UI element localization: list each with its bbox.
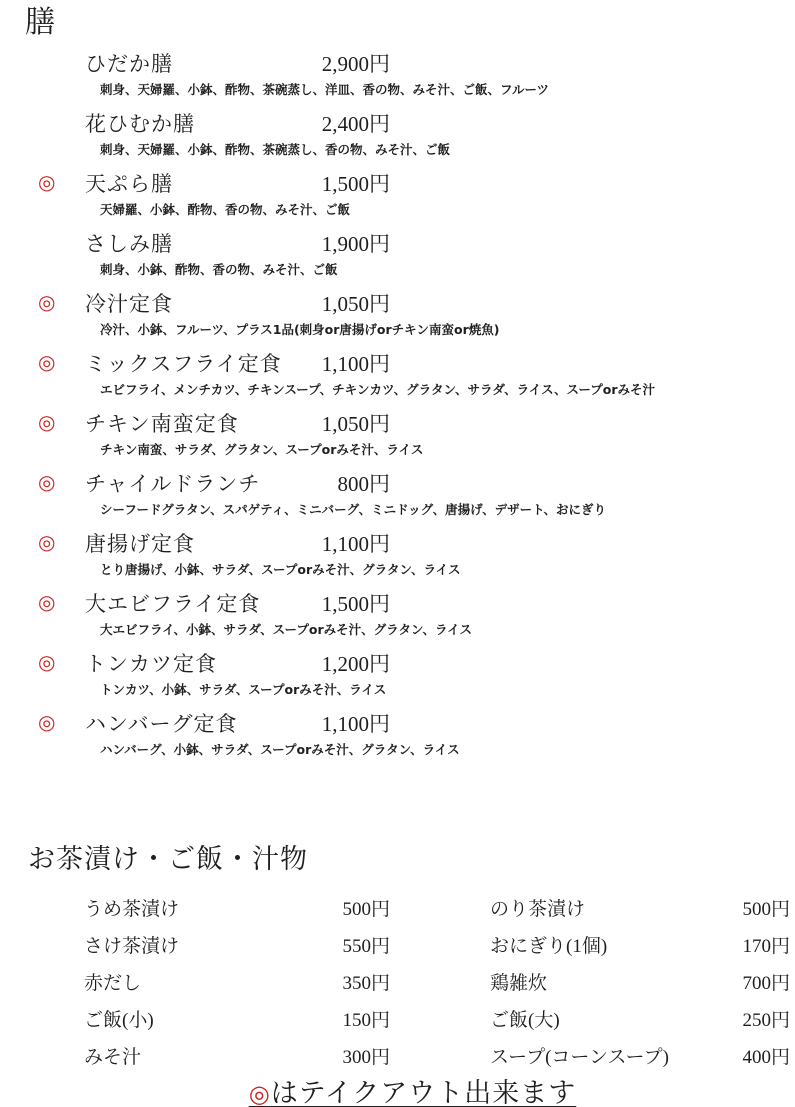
price-row: みそ汁 300円 スープ(コーンスープ) 400円 [0, 1038, 795, 1075]
item-description: シーフードグラタン、スパゲティ、ミニバーグ、ミニドッグ、唐揚げ、デザート、おにぎ… [100, 500, 795, 520]
menu-item-line: ◎ 大エビフライ定食 1,500円 [0, 588, 795, 620]
item-description: 刺身、天婦羅、小鉢、酢物、茶碗蒸し、香の物、みそ汁、ご飯 [100, 140, 795, 160]
footer-note: ◎はテイクアウト出来ます [0, 1077, 795, 1107]
item-name: 赤だし [84, 968, 141, 995]
item-price: 300円 [240, 1042, 390, 1069]
item-price: 550円 [240, 931, 390, 958]
menu-page: 膳 ◎ ひだか膳 2,900円 刺身、天婦羅、小鉢、酢物、茶碗蒸し、洋皿、香の物… [0, 0, 795, 1107]
menu-item: ◎ 花ひむか膳 2,400円 刺身、天婦羅、小鉢、酢物、茶碗蒸し、香の物、みそ汁… [0, 108, 795, 168]
item-description: とり唐揚げ、小鉢、サラダ、スープorみそ汁、グラタン、ライス [100, 560, 795, 580]
price-row: ご飯(小) 150円 ご飯(大) 250円 [0, 1001, 795, 1038]
menu-item-line: ◎ トンカツ定食 1,200円 [0, 648, 795, 680]
item-description: 冷汁、小鉢、フルーツ、プラス1品(刺身or唐揚げorチキン南蛮or焼魚) [100, 320, 795, 340]
item-price: 500円 [640, 894, 790, 921]
item-name: 花ひむか膳 [85, 108, 195, 138]
item-price: 400円 [640, 1042, 790, 1069]
item-description: 天婦羅、小鉢、酢物、香の物、みそ汁、ご飯 [100, 200, 795, 220]
takeout-mark-icon: ◎ [38, 352, 55, 372]
item-name: 唐揚げ定食 [85, 528, 195, 558]
menu-item: ◎ 大エビフライ定食 1,500円 大エビフライ、小鉢、サラダ、スープorみそ汁… [0, 588, 795, 648]
item-price: 1,050円 [240, 408, 390, 438]
price-row: うめ茶漬け 500円 のり茶漬け 500円 [0, 890, 795, 927]
menu-item: ◎ 唐揚げ定食 1,100円 とり唐揚げ、小鉢、サラダ、スープorみそ汁、グラタ… [0, 528, 795, 588]
takeout-mark-icon: ◎ [38, 592, 55, 612]
takeout-mark-icon: ◎ [249, 1080, 271, 1107]
menu-item-line: ◎ チャイルドランチ 800円 [0, 468, 795, 500]
item-price: 1,900円 [240, 228, 390, 258]
menu-item: ◎ ひだか膳 2,900円 刺身、天婦羅、小鉢、酢物、茶碗蒸し、洋皿、香の物、み… [0, 48, 795, 108]
menu-item-line: ◎ ひだか膳 2,900円 [0, 48, 795, 80]
item-price: 700円 [640, 968, 790, 995]
takeout-mark-icon: ◎ [38, 532, 55, 552]
menu-item-line: ◎ さしみ膳 1,900円 [0, 228, 795, 260]
item-price: 1,050円 [240, 288, 390, 318]
price-row: さけ茶漬け 550円 おにぎり(1個) 170円 [0, 927, 795, 964]
item-name: 鶏雑炊 [490, 968, 547, 995]
menu-item-line: ◎ 唐揚げ定食 1,100円 [0, 528, 795, 560]
takeout-mark-icon: ◎ [38, 652, 55, 672]
rice-row-list: うめ茶漬け 500円 のり茶漬け 500円 さけ茶漬け 550円 おにぎり(1個… [0, 890, 795, 1075]
menu-item: ◎ さしみ膳 1,900円 刺身、小鉢、酢物、香の物、みそ汁、ご飯 [0, 228, 795, 288]
section-title-zen: 膳 [0, 0, 795, 42]
item-price: 250円 [640, 1005, 790, 1032]
item-price: 150円 [240, 1005, 390, 1032]
menu-item-line: ◎ ミックスフライ定食 1,100円 [0, 348, 795, 380]
item-price: 170円 [640, 931, 790, 958]
takeout-mark-icon: ◎ [38, 292, 55, 312]
menu-item: ◎ 冷汁定食 1,050円 冷汁、小鉢、フルーツ、プラス1品(刺身or唐揚げor… [0, 288, 795, 348]
item-name: 天ぷら膳 [85, 168, 173, 198]
item-name: さしみ膳 [85, 228, 173, 258]
item-name: うめ茶漬け [84, 894, 179, 921]
menu-item: ◎ ミックスフライ定食 1,100円 エビフライ、メンチカツ、チキンスープ、チキ… [0, 348, 795, 408]
menu-item-line: ◎ チキン南蛮定食 1,050円 [0, 408, 795, 440]
takeout-mark-icon: ◎ [38, 172, 55, 192]
item-name: ハンバーグ定食 [85, 708, 238, 738]
item-name: チキン南蛮定食 [85, 408, 239, 438]
item-price: 2,900円 [240, 48, 390, 78]
item-name: ご飯(小) [84, 1005, 154, 1032]
item-price: 350円 [240, 968, 390, 995]
menu-item-line: ◎ 天ぷら膳 1,500円 [0, 168, 795, 200]
section-title-rice: お茶漬け・ご飯・汁物 [0, 844, 795, 874]
item-name: おにぎり(1個) [490, 931, 607, 958]
menu-item: ◎ 天ぷら膳 1,500円 天婦羅、小鉢、酢物、香の物、みそ汁、ご飯 [0, 168, 795, 228]
zen-item-list: ◎ ひだか膳 2,900円 刺身、天婦羅、小鉢、酢物、茶碗蒸し、洋皿、香の物、み… [0, 48, 795, 768]
item-name: ご飯(大) [490, 1005, 560, 1032]
item-price: 1,100円 [240, 708, 390, 738]
item-description: 刺身、小鉢、酢物、香の物、みそ汁、ご飯 [100, 260, 795, 280]
menu-item: ◎ トンカツ定食 1,200円 トンカツ、小鉢、サラダ、スープorみそ汁、ライス [0, 648, 795, 708]
item-description: 刺身、天婦羅、小鉢、酢物、茶碗蒸し、洋皿、香の物、みそ汁、ご飯、フルーツ [100, 80, 795, 100]
menu-item: ◎ チキン南蛮定食 1,050円 チキン南蛮、サラダ、グラタン、スープorみそ汁… [0, 408, 795, 468]
item-price: 1,500円 [240, 168, 390, 198]
menu-item-line: ◎ 花ひむか膳 2,400円 [0, 108, 795, 140]
menu-item: ◎ チャイルドランチ 800円 シーフードグラタン、スパゲティ、ミニバーグ、ミニ… [0, 468, 795, 528]
item-name: チャイルドランチ [85, 468, 260, 498]
item-price: 1,100円 [240, 348, 390, 378]
takeout-mark-icon: ◎ [38, 472, 55, 492]
menu-item-line: ◎ 冷汁定食 1,050円 [0, 288, 795, 320]
menu-item-line: ◎ ハンバーグ定食 1,100円 [0, 708, 795, 740]
item-description: チキン南蛮、サラダ、グラタン、スープorみそ汁、ライス [100, 440, 795, 460]
menu-item: ◎ ハンバーグ定食 1,100円 ハンバーグ、小鉢、サラダ、スープorみそ汁、グ… [0, 708, 795, 768]
item-name: ひだか膳 [85, 48, 173, 78]
item-name: さけ茶漬け [84, 931, 179, 958]
footer-underline: ◎はテイクアウト出来ます [249, 1078, 577, 1107]
item-price: 800円 [240, 468, 390, 498]
item-description: ハンバーグ、小鉢、サラダ、スープorみそ汁、グラタン、ライス [100, 740, 795, 760]
footer-text: はテイクアウト出来ます [271, 1078, 577, 1107]
item-description: トンカツ、小鉢、サラダ、スープorみそ汁、ライス [100, 680, 795, 700]
item-description: 大エビフライ、小鉢、サラダ、スープorみそ汁、グラタン、ライス [100, 620, 795, 640]
item-price: 2,400円 [240, 108, 390, 138]
item-price: 1,500円 [240, 588, 390, 618]
item-price: 1,100円 [240, 528, 390, 558]
price-row: 赤だし 350円 鶏雑炊 700円 [0, 964, 795, 1001]
item-description: エビフライ、メンチカツ、チキンスープ、チキンカツ、グラタン、サラダ、ライス、スー… [100, 380, 795, 400]
item-price: 500円 [240, 894, 390, 921]
item-name: のり茶漬け [490, 894, 585, 921]
takeout-mark-icon: ◎ [38, 412, 55, 432]
takeout-mark-icon: ◎ [38, 712, 55, 732]
item-name: 冷汁定食 [85, 288, 173, 318]
item-price: 1,200円 [240, 648, 390, 678]
item-name: トンカツ定食 [85, 648, 217, 678]
item-name: 大エビフライ定食 [85, 588, 260, 618]
item-name: みそ汁 [84, 1042, 141, 1069]
